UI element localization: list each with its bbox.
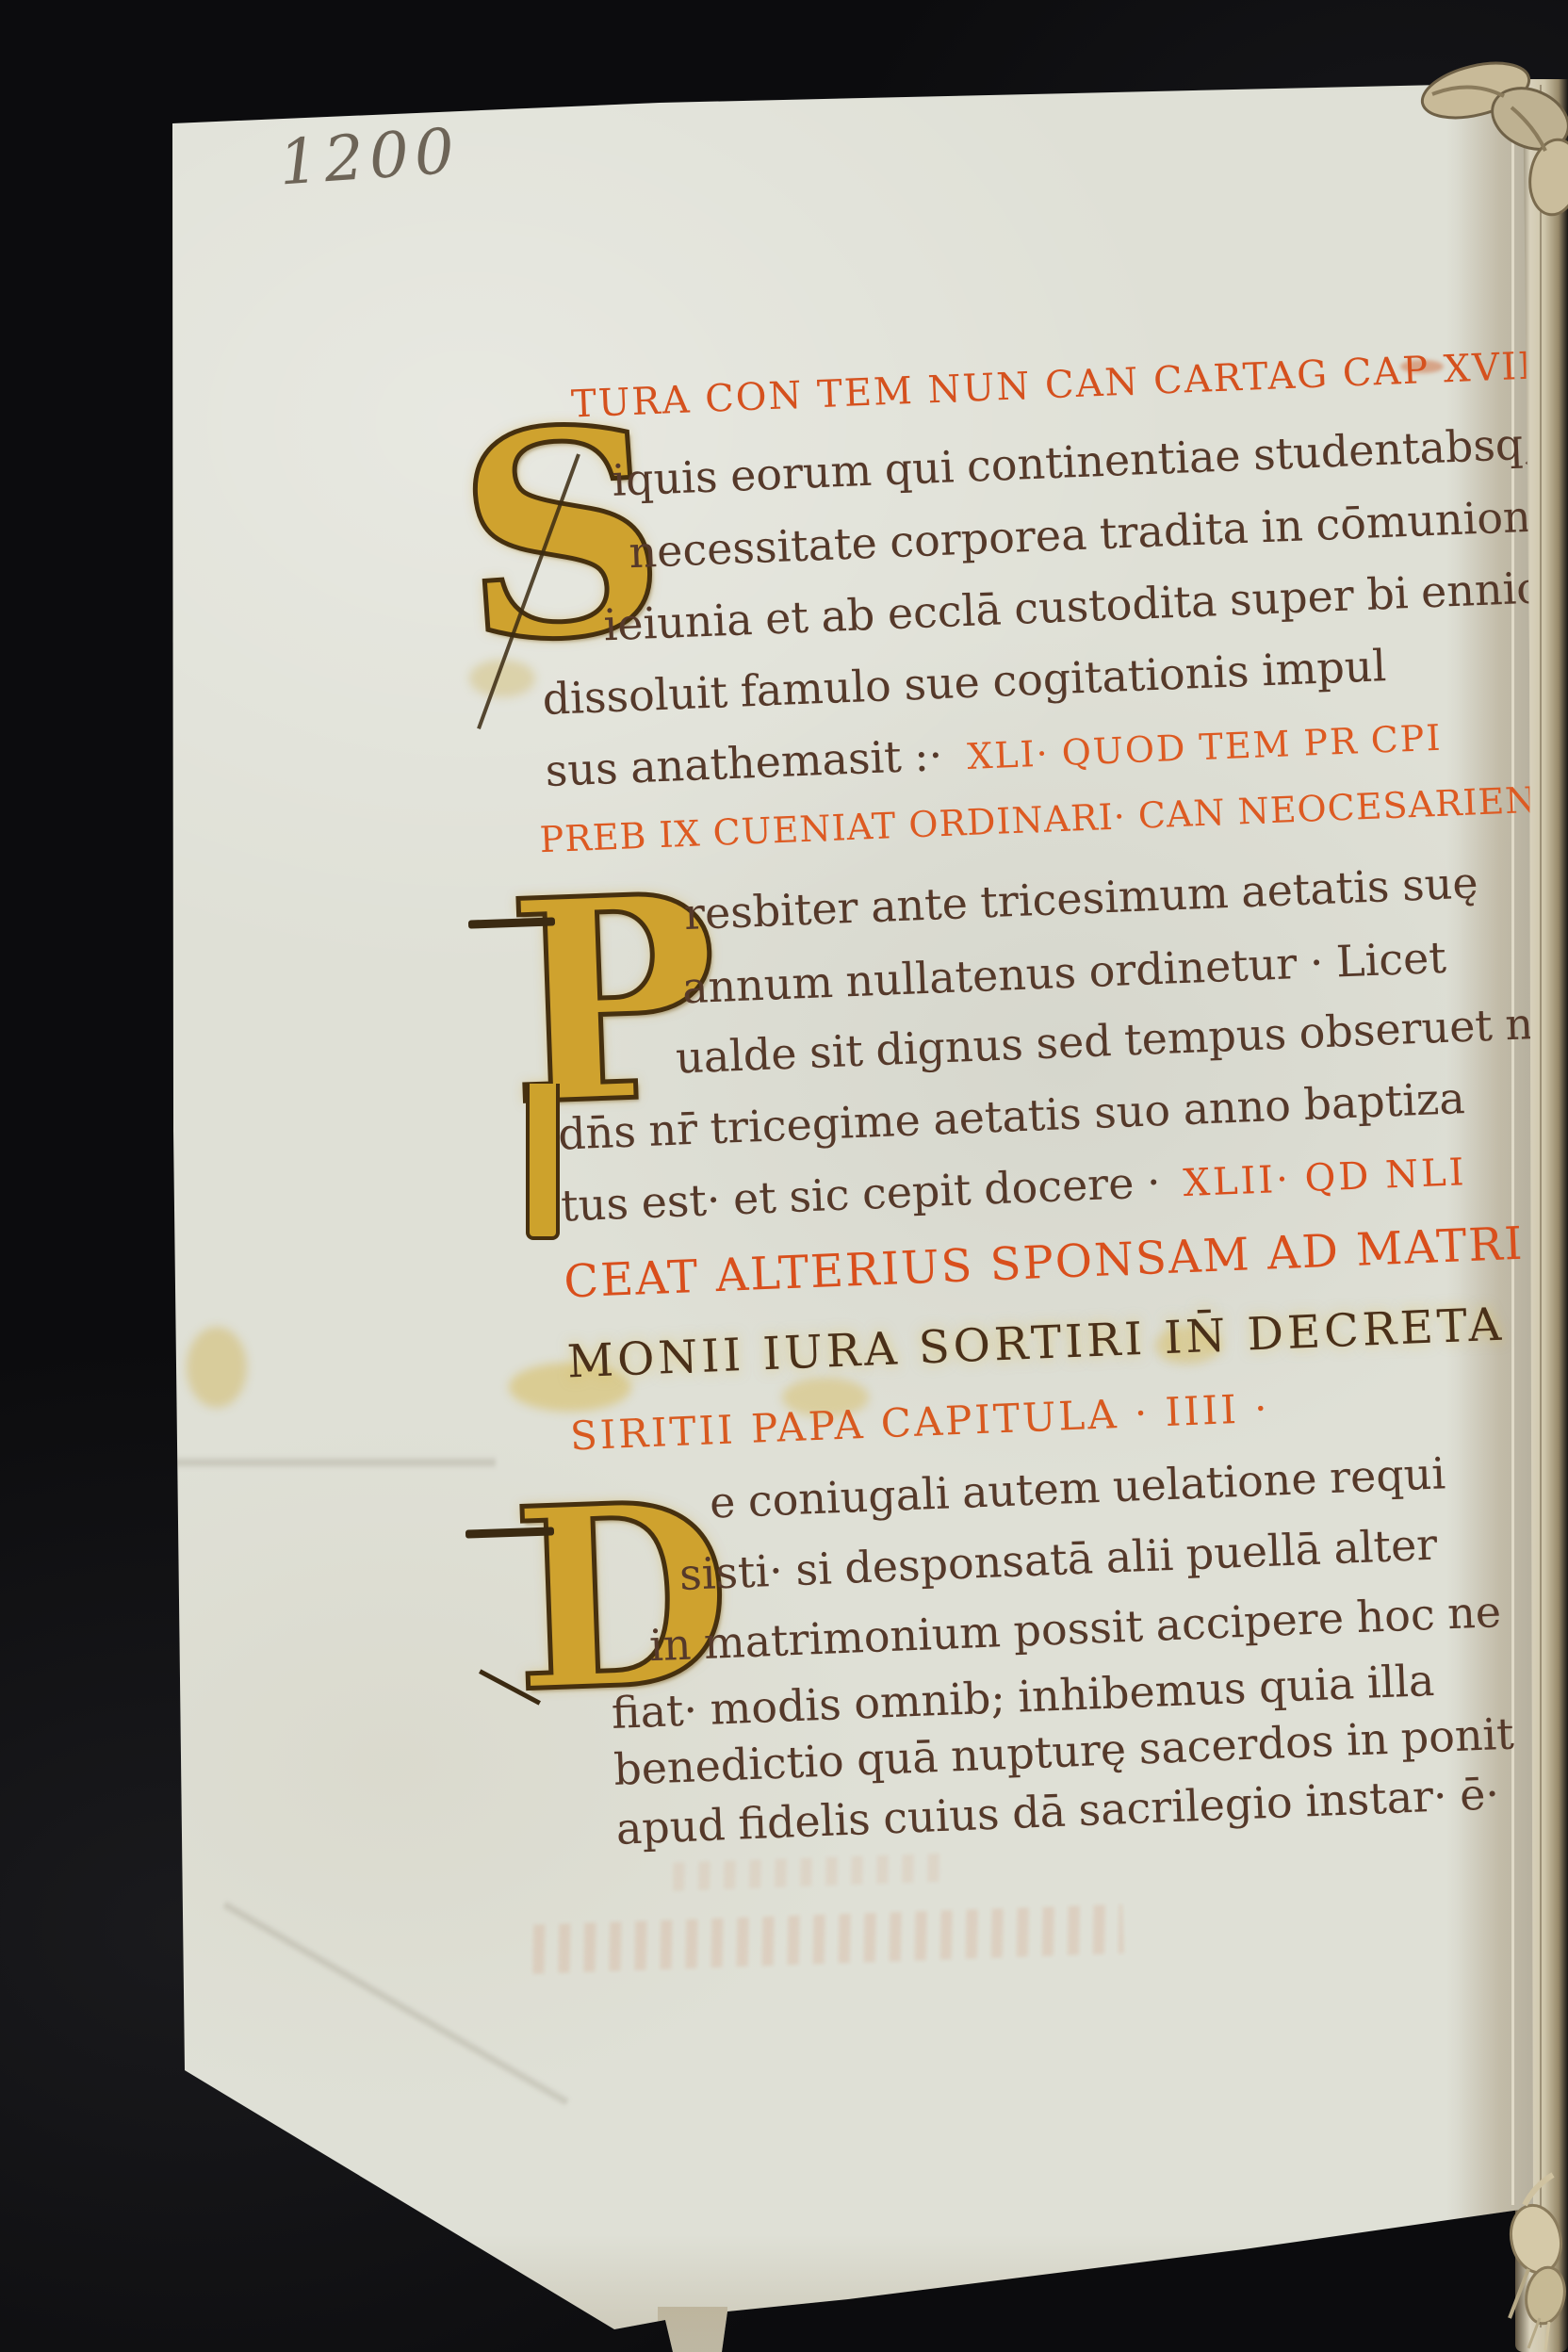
text-line: resbiter ante tricesimum aetatis suę — [683, 857, 1479, 939]
rubric-segment: XLII· QD NLI — [1183, 1151, 1468, 1205]
text-segment: sus anathemasit :· — [545, 729, 944, 796]
parchment-tab-shading — [658, 2307, 727, 2352]
photograph-background: 1200 S P D TURA CON TEM NUN CAN CARTAG C… — [0, 0, 1568, 2352]
caps-line: MONII IURA SORTIRI IN̄ DECRETA — [566, 1298, 1506, 1389]
crease — [175, 1456, 496, 1469]
text-line: e coniugali autem uelatione requi — [709, 1447, 1446, 1527]
text-block: TURA CON TEM NUN CAN CARTAG CAP XVIII iq… — [490, 335, 1568, 1903]
text-line: sus anathemasit :·XLI· QUOD TEM PR CPI — [545, 710, 1444, 796]
rubric-line: TURA CON TEM NUN CAN CARTAG CAP XVIII — [570, 344, 1552, 427]
binding-cord-bottom — [1487, 2167, 1568, 2352]
text-line: ieiunia et ab ecclā custodita super bi e… — [603, 562, 1543, 650]
text-line: sisti· si desponsatā alii puellā alter — [678, 1519, 1438, 1600]
binding-cord-top — [1413, 28, 1568, 236]
text-line: tus est· et sic cepit docere ·XLII· QD N… — [560, 1144, 1467, 1232]
rubric-line: PREB IX CUENIAT ORDINARI· CAN NEOCESARIE… — [539, 779, 1538, 860]
text-line: necessitate corporea tradita in cōmunion… — [628, 490, 1557, 578]
text-line: annum nullatenus ordinetur · Licet — [681, 932, 1447, 1014]
folio-number: 1200 — [277, 114, 463, 199]
text-line: dn̄s nr̄ tricegime aetatis suo anno bapt… — [557, 1072, 1465, 1160]
crease — [221, 1900, 570, 2107]
text-line: iquis eorum qui continentiae studentabsq… — [611, 417, 1538, 505]
rubric-line: SIRITII PAPA CAPITULA · IIII · — [569, 1385, 1270, 1460]
initials-note: illuminated gold initial, lines 2-4 — [0, 0, 1, 1]
text-line: ualde sit dignus sed tempus obseruet nā — [675, 997, 1560, 1084]
rubric-line: CEAT ALTERIUS SPONSAM AD MATRI — [563, 1217, 1525, 1309]
text-segment: tus est· et sic cepit docere · — [560, 1156, 1161, 1232]
yellow-stain — [187, 1327, 247, 1408]
manuscript-page: 1200 S P D TURA CON TEM NUN CAN CARTAG C… — [0, 0, 1568, 2352]
ghost-offset-text — [519, 1904, 1123, 1974]
facing-page-crease — [1540, 85, 1542, 2327]
text-line: dissoluit famulo sue cogitationis impul — [542, 640, 1388, 725]
rubric-segment: XLI· QUOD TEM PR CPI — [966, 717, 1443, 777]
